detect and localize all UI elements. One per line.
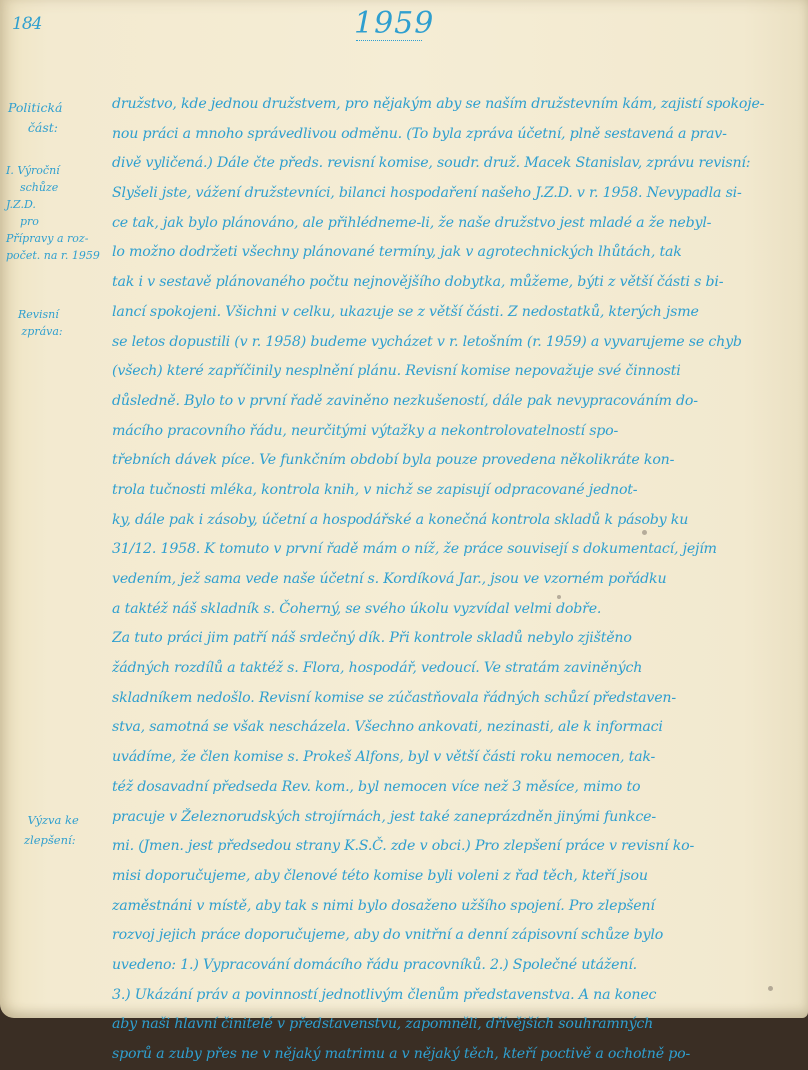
chronicle-page: 184 1959 Politická část: I. Výroční schů…	[0, 0, 808, 1018]
text-line: 3.) Ukázání práv a povinností jednotlivý…	[112, 981, 772, 1011]
text-line: rozvoj jejich práce doporučujeme, aby do…	[112, 921, 772, 951]
text-line: aby naši hlavní činitelé v představenstv…	[112, 1010, 772, 1024]
text-line: tak i v sestavě plánovaného počtu nejnov…	[112, 268, 772, 298]
text-line: stva, samotná se však nescházela. Všechn…	[112, 713, 772, 743]
ink-spot	[768, 986, 773, 991]
text-line: ky, dále pak i zásoby, účetní a hospodář…	[112, 506, 772, 536]
text-line: mi. (Jmen. jest předsedou strany K.S.Č. …	[112, 832, 772, 862]
text-line: důsledně. Bylo to v první řadě zaviněno …	[112, 387, 772, 417]
text-line: Za tuto práci jim patří náš srdečný dík.…	[112, 624, 772, 654]
text-line: lo možno dodržeti všechny plánované term…	[112, 238, 772, 268]
page-year-heading: 1959	[354, 6, 434, 41]
text-line: divě vyličená.) Dále čte předs. revisní …	[112, 149, 772, 179]
handwritten-body-text: družstvo, kde jednou družstvem, pro něja…	[112, 90, 772, 1024]
text-line: žádných rozdílů a taktéž s. Flora, hospo…	[112, 654, 772, 684]
text-line: 31/12. 1958. K tomuto v první řadě mám o…	[112, 535, 772, 565]
text-line: a taktéž náš skladník s. Čoherný, se své…	[112, 595, 772, 625]
margin-note-revizni-zprava: Revisní zpráva:	[18, 306, 63, 340]
text-line: lancí spokojeni. Všichni v celku, ukazuj…	[112, 298, 772, 328]
text-line: misi doporučujeme, aby členové této komi…	[112, 862, 772, 892]
text-line: nou práci a mnoho správedlivou odměnu. (…	[112, 120, 772, 150]
margin-note-vyrocni-schuze: I. Výroční schůze J.Z.D. pro Přípravy a …	[6, 162, 100, 264]
text-line: ce tak, jak bylo plánováno, ale přihlédn…	[112, 209, 772, 239]
text-line: uvedeno: 1.) Vypracování domácího řádu p…	[112, 951, 772, 981]
text-line: třebních dávek píce. Ve funkčním období …	[112, 446, 772, 476]
text-line: trola tučnosti mléka, kontrola knih, v n…	[112, 476, 772, 506]
page-number: 184	[12, 14, 41, 34]
text-line: mácího pracovního řádu, neurčitými výtaž…	[112, 417, 772, 447]
text-line: pracuje v Železnorudských strojírnách, j…	[112, 803, 772, 833]
year-underline	[356, 40, 422, 41]
ink-spot	[557, 595, 561, 599]
text-line: Slyšeli jste, vážení družstevníci, bilan…	[112, 179, 772, 209]
text-line: též dosavadní předseda Rev. kom., byl ne…	[112, 773, 772, 803]
text-line: družstvo, kde jednou družstvem, pro něja…	[112, 90, 772, 120]
text-line: uvádíme, že člen komise s. Prokeš Alfons…	[112, 743, 772, 773]
margin-note-vyzva-ke-zlepseni: Výzva ke zlepšení:	[24, 810, 79, 850]
text-line: se letos dopustili (v r. 1958) budeme vy…	[112, 328, 772, 358]
text-line: zaměstnáni v místě, aby tak s nimi bylo …	[112, 892, 772, 922]
margin-note-politicka-cast: Politická část:	[8, 98, 62, 138]
ink-spot	[642, 530, 647, 535]
text-line: skladníkem nedošlo. Revisní komise se zú…	[112, 684, 772, 714]
text-line: vedením, jež sama vede naše účetní s. Ko…	[112, 565, 772, 595]
text-line: (všech) které zapříčinily nesplnění plán…	[112, 357, 772, 387]
